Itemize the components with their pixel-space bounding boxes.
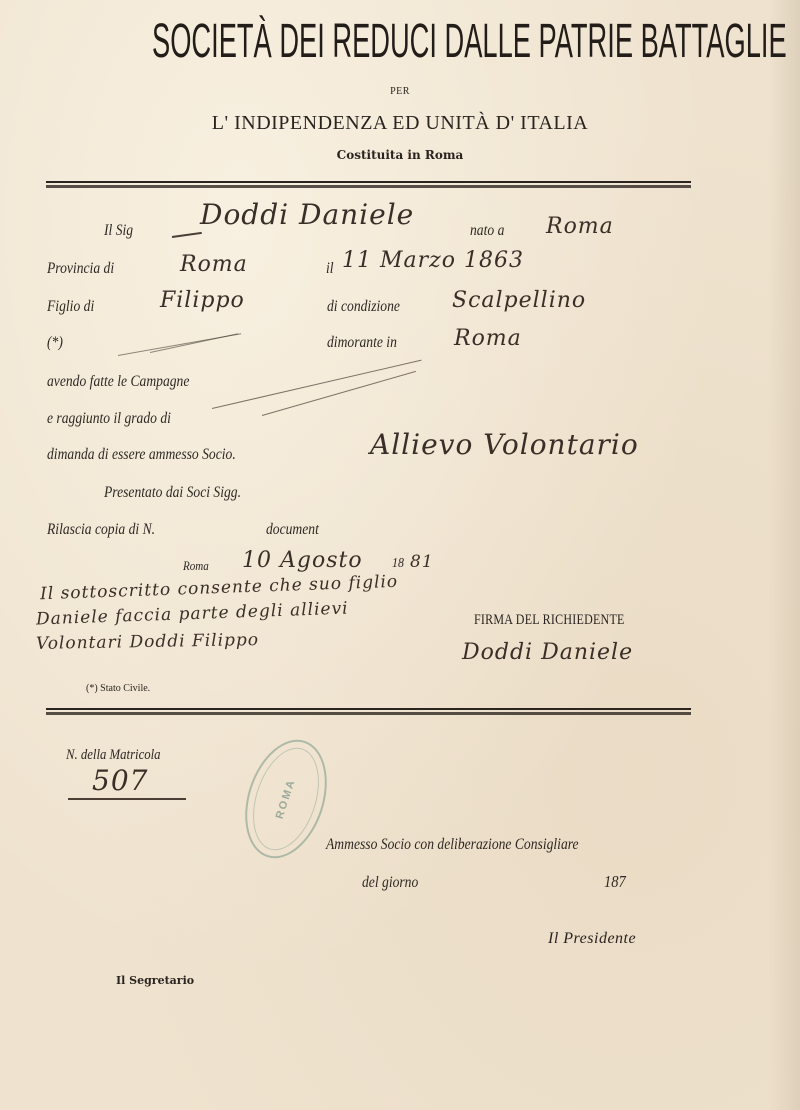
giorno-year: 187 bbox=[604, 872, 626, 892]
middle-divider bbox=[46, 708, 691, 715]
sig-label: Il Sig bbox=[104, 222, 133, 240]
grado-value: Allievo Volontario bbox=[370, 428, 639, 461]
provincia-label: Provincia di bbox=[47, 260, 114, 278]
matricola-label: N. della Matricola bbox=[66, 747, 161, 764]
dimorante-label: dimorante in bbox=[327, 334, 397, 352]
flourish-stroke bbox=[172, 232, 202, 238]
year-value: 81 bbox=[410, 552, 434, 572]
segretario-label: Il Segretario bbox=[116, 974, 194, 987]
sig-value: Doddi Daniele bbox=[200, 198, 414, 231]
birth-date-value: 11 Marzo 1863 bbox=[342, 248, 524, 273]
society-title: SOCIETÀ DEI REDUCI DALLE PATRIE BATTAGLI… bbox=[152, 14, 648, 69]
dimorante-value: Roma bbox=[454, 326, 522, 351]
il-label: il bbox=[326, 260, 334, 278]
nato-label: nato a bbox=[470, 222, 504, 240]
top-divider bbox=[46, 181, 691, 188]
rilascia-label: Rilascia copia di N. bbox=[47, 521, 155, 539]
campagne-label: avendo fatte le Campagne bbox=[47, 373, 189, 391]
giorno-label: del giorno bbox=[362, 874, 418, 892]
place-label: Roma bbox=[183, 558, 209, 574]
matricola-underline bbox=[68, 798, 186, 800]
blank-stroke bbox=[150, 333, 238, 353]
condizione-label: di condizione bbox=[327, 298, 400, 316]
grado-label: e raggiunto il grado di bbox=[47, 410, 171, 428]
ammesso-label: Ammesso Socio con deliberazione Consigli… bbox=[326, 836, 579, 854]
presidente-label: Il Presidente bbox=[548, 930, 636, 948]
document-label: document bbox=[266, 521, 319, 539]
date-value: 10 Agosto bbox=[242, 548, 363, 573]
figlio-value: Filippo bbox=[160, 288, 245, 313]
footnote: (*) Stato Civile. bbox=[86, 683, 150, 694]
dimanda-label: dimanda di essere ammesso Socio. bbox=[47, 446, 236, 464]
consent-line: Daniele faccia parte degli allievi bbox=[36, 599, 349, 630]
condizione-value: Scalpellino bbox=[452, 288, 586, 313]
year-prefix: 18 bbox=[392, 556, 404, 572]
society-subtitle: L' INDIPENDENZA ED UNITÀ D' ITALIA bbox=[0, 112, 800, 135]
blank-stroke bbox=[212, 360, 422, 409]
per-label: PER bbox=[0, 86, 800, 97]
figlio-label: Figlio di bbox=[47, 298, 94, 316]
nato-value: Roma bbox=[546, 214, 614, 239]
constituted-label: Costituita in Roma bbox=[0, 148, 800, 162]
civil-state-label: (*) bbox=[47, 334, 63, 352]
presentato-label: Presentato dai Soci Sigg. bbox=[104, 484, 241, 502]
consent-line: Volontari Doddi Filippo bbox=[36, 630, 259, 654]
matricola-value: 507 bbox=[92, 764, 148, 797]
firma-label: FIRMA DEL RICHIEDENTE bbox=[474, 612, 625, 629]
society-stamp: ROMA bbox=[231, 729, 341, 869]
firma-value: Doddi Daniele bbox=[462, 640, 633, 665]
provincia-value: Roma bbox=[180, 252, 248, 277]
